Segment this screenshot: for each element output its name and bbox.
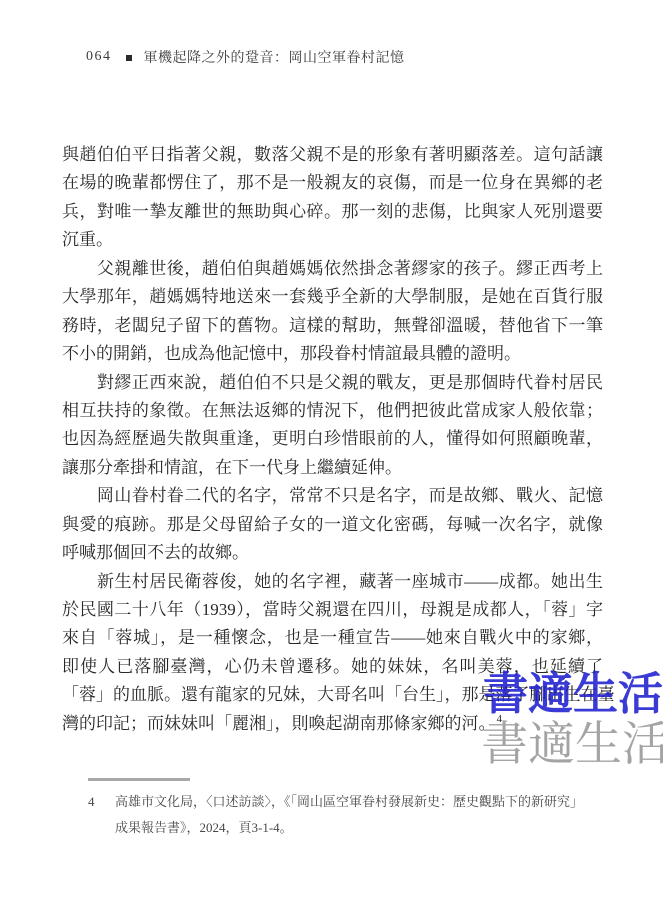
footnote-line: 成果報告書》，2024，頁3-1-4。 bbox=[115, 815, 583, 841]
body-line: 對繆正西來說，趙伯伯不只是父親的戰友，更是那個時代眷村居民 bbox=[62, 369, 603, 397]
page-number: 064 bbox=[86, 49, 112, 65]
body-line: 務時，老闆兒子留下的舊物。這樣的幫助，無聲卻溫暖，替他省下一筆 bbox=[62, 312, 603, 340]
body-line: 岡山眷村眷二代的名字，常常不只是名字，而是故鄉、戰火、記憶 bbox=[62, 482, 603, 510]
body-line: 讓那分牽掛和情誼，在下一代身上繼續延伸。 bbox=[62, 454, 603, 482]
body-text: 與趙伯伯平日指著父親，數落父親不是的形象有著明顯落差。這句話讓 在場的晚輩都愣住… bbox=[62, 141, 603, 738]
body-line-text: 灣的印記；而妹妹叫「麗湘」，則喚起湖南那條家鄉的河。 bbox=[62, 714, 496, 733]
paragraph: 岡山眷村眷二代的名字，常常不只是名字，而是故鄉、戰火、記憶 與愛的痕跡。那是父母… bbox=[62, 482, 603, 567]
chapter-title: 軍機起降之外的跫音：岡山空軍眷村記憶 bbox=[144, 47, 405, 67]
body-line: 呼喊那個回不去的故鄉。 bbox=[62, 539, 603, 567]
footnote-entry: 4 高雄市文化局，〈口述訪談〉，《「岡山區空軍眷村發展新史：歷史觀點下的新研究」… bbox=[88, 789, 583, 841]
body-line: 即使人已落腳臺灣，心仍未曾遷移。她的妹妹，名叫美蓉，也延續了 bbox=[62, 653, 603, 681]
footnote-marker: 4 bbox=[497, 713, 503, 725]
square-bullet-icon bbox=[126, 55, 132, 61]
paragraph: 對繆正西來說，趙伯伯不只是父親的戰友，更是那個時代眷村居民 相互扶持的象徵。在無… bbox=[62, 369, 603, 483]
body-line: 兵，對唯一摯友離世的無助與心碎。那一刻的悲傷，比與家人死別還要 bbox=[62, 198, 603, 226]
body-line: 新生村居民衛蓉俊，她的名字裡，藏著一座城市——成都。她出生 bbox=[62, 568, 603, 596]
body-line: 灣的印記；而妹妹叫「麗湘」，則喚起湖南那條家鄉的河。4 bbox=[62, 710, 603, 738]
body-line: 「蓉」的血脈。還有龍家的兄妹，大哥名叫「台生」，那是落了腳出生在臺 bbox=[62, 681, 603, 709]
footnote-number: 4 bbox=[88, 789, 115, 841]
body-line: 相互扶持的象徵。在無法返鄉的情況下，他們把彼此當成家人般依靠； bbox=[62, 397, 603, 425]
book-page: 064 軍機起降之外的跫音：岡山空軍眷村記憶 與趙伯伯平日指著父親，數落父親不是… bbox=[0, 0, 663, 904]
paragraph: 與趙伯伯平日指著父親，數落父親不是的形象有著明顯落差。這句話讓 在場的晚輩都愣住… bbox=[62, 141, 603, 255]
body-line: 父親離世後，趙伯伯與趙媽媽依然掛念著繆家的孩子。繆正西考上 bbox=[62, 255, 603, 283]
body-line: 不小的開銷，也成為他記憶中，那段眷村情誼最具體的證明。 bbox=[62, 340, 603, 368]
body-line: 與愛的痕跡。那是父母留給子女的一道文化密碼，每喊一次名字，就像 bbox=[62, 511, 603, 539]
body-line: 在場的晚輩都愣住了，那不是一般親友的哀傷，而是一位身在異鄉的老 bbox=[62, 169, 603, 197]
footnote-rule bbox=[88, 778, 190, 781]
body-line: 來自「蓉城」，是一種懷念，也是一種宣告——她來自戰火中的家鄉， bbox=[62, 624, 603, 652]
body-line: 也因為經歷過失散與重逢，更明白珍惜眼前的人，懂得如何照顧晚輩， bbox=[62, 425, 603, 453]
body-line: 與趙伯伯平日指著父親，數落父親不是的形象有著明顯落差。這句話讓 bbox=[62, 141, 603, 169]
running-header: 064 軍機起降之外的跫音：岡山空軍眷村記憶 bbox=[86, 47, 405, 67]
paragraph: 父親離世後，趙伯伯與趙媽媽依然掛念著繆家的孩子。繆正西考上 大學那年，趙媽媽特地… bbox=[62, 255, 603, 369]
footnote-text: 高雄市文化局，〈口述訪談〉，《「岡山區空軍眷村發展新史：歷史觀點下的新研究」 成… bbox=[115, 789, 583, 841]
body-line: 沉重。 bbox=[62, 226, 603, 254]
paragraph: 新生村居民衛蓉俊，她的名字裡，藏著一座城市——成都。她出生 於民國二十八年（19… bbox=[62, 568, 603, 739]
body-line: 於民國二十八年（1939），當時父親還在四川，母親是成都人，「蓉」字 bbox=[62, 596, 603, 624]
footnote-block: 4 高雄市文化局，〈口述訪談〉，《「岡山區空軍眷村發展新史：歷史觀點下的新研究」… bbox=[88, 778, 583, 841]
footnote-line: 高雄市文化局，〈口述訪談〉，《「岡山區空軍眷村發展新史：歷史觀點下的新研究」 bbox=[115, 789, 583, 815]
body-line: 大學那年，趙媽媽特地送來一套幾乎全新的大學制服，是她在百貨行服 bbox=[62, 283, 603, 311]
